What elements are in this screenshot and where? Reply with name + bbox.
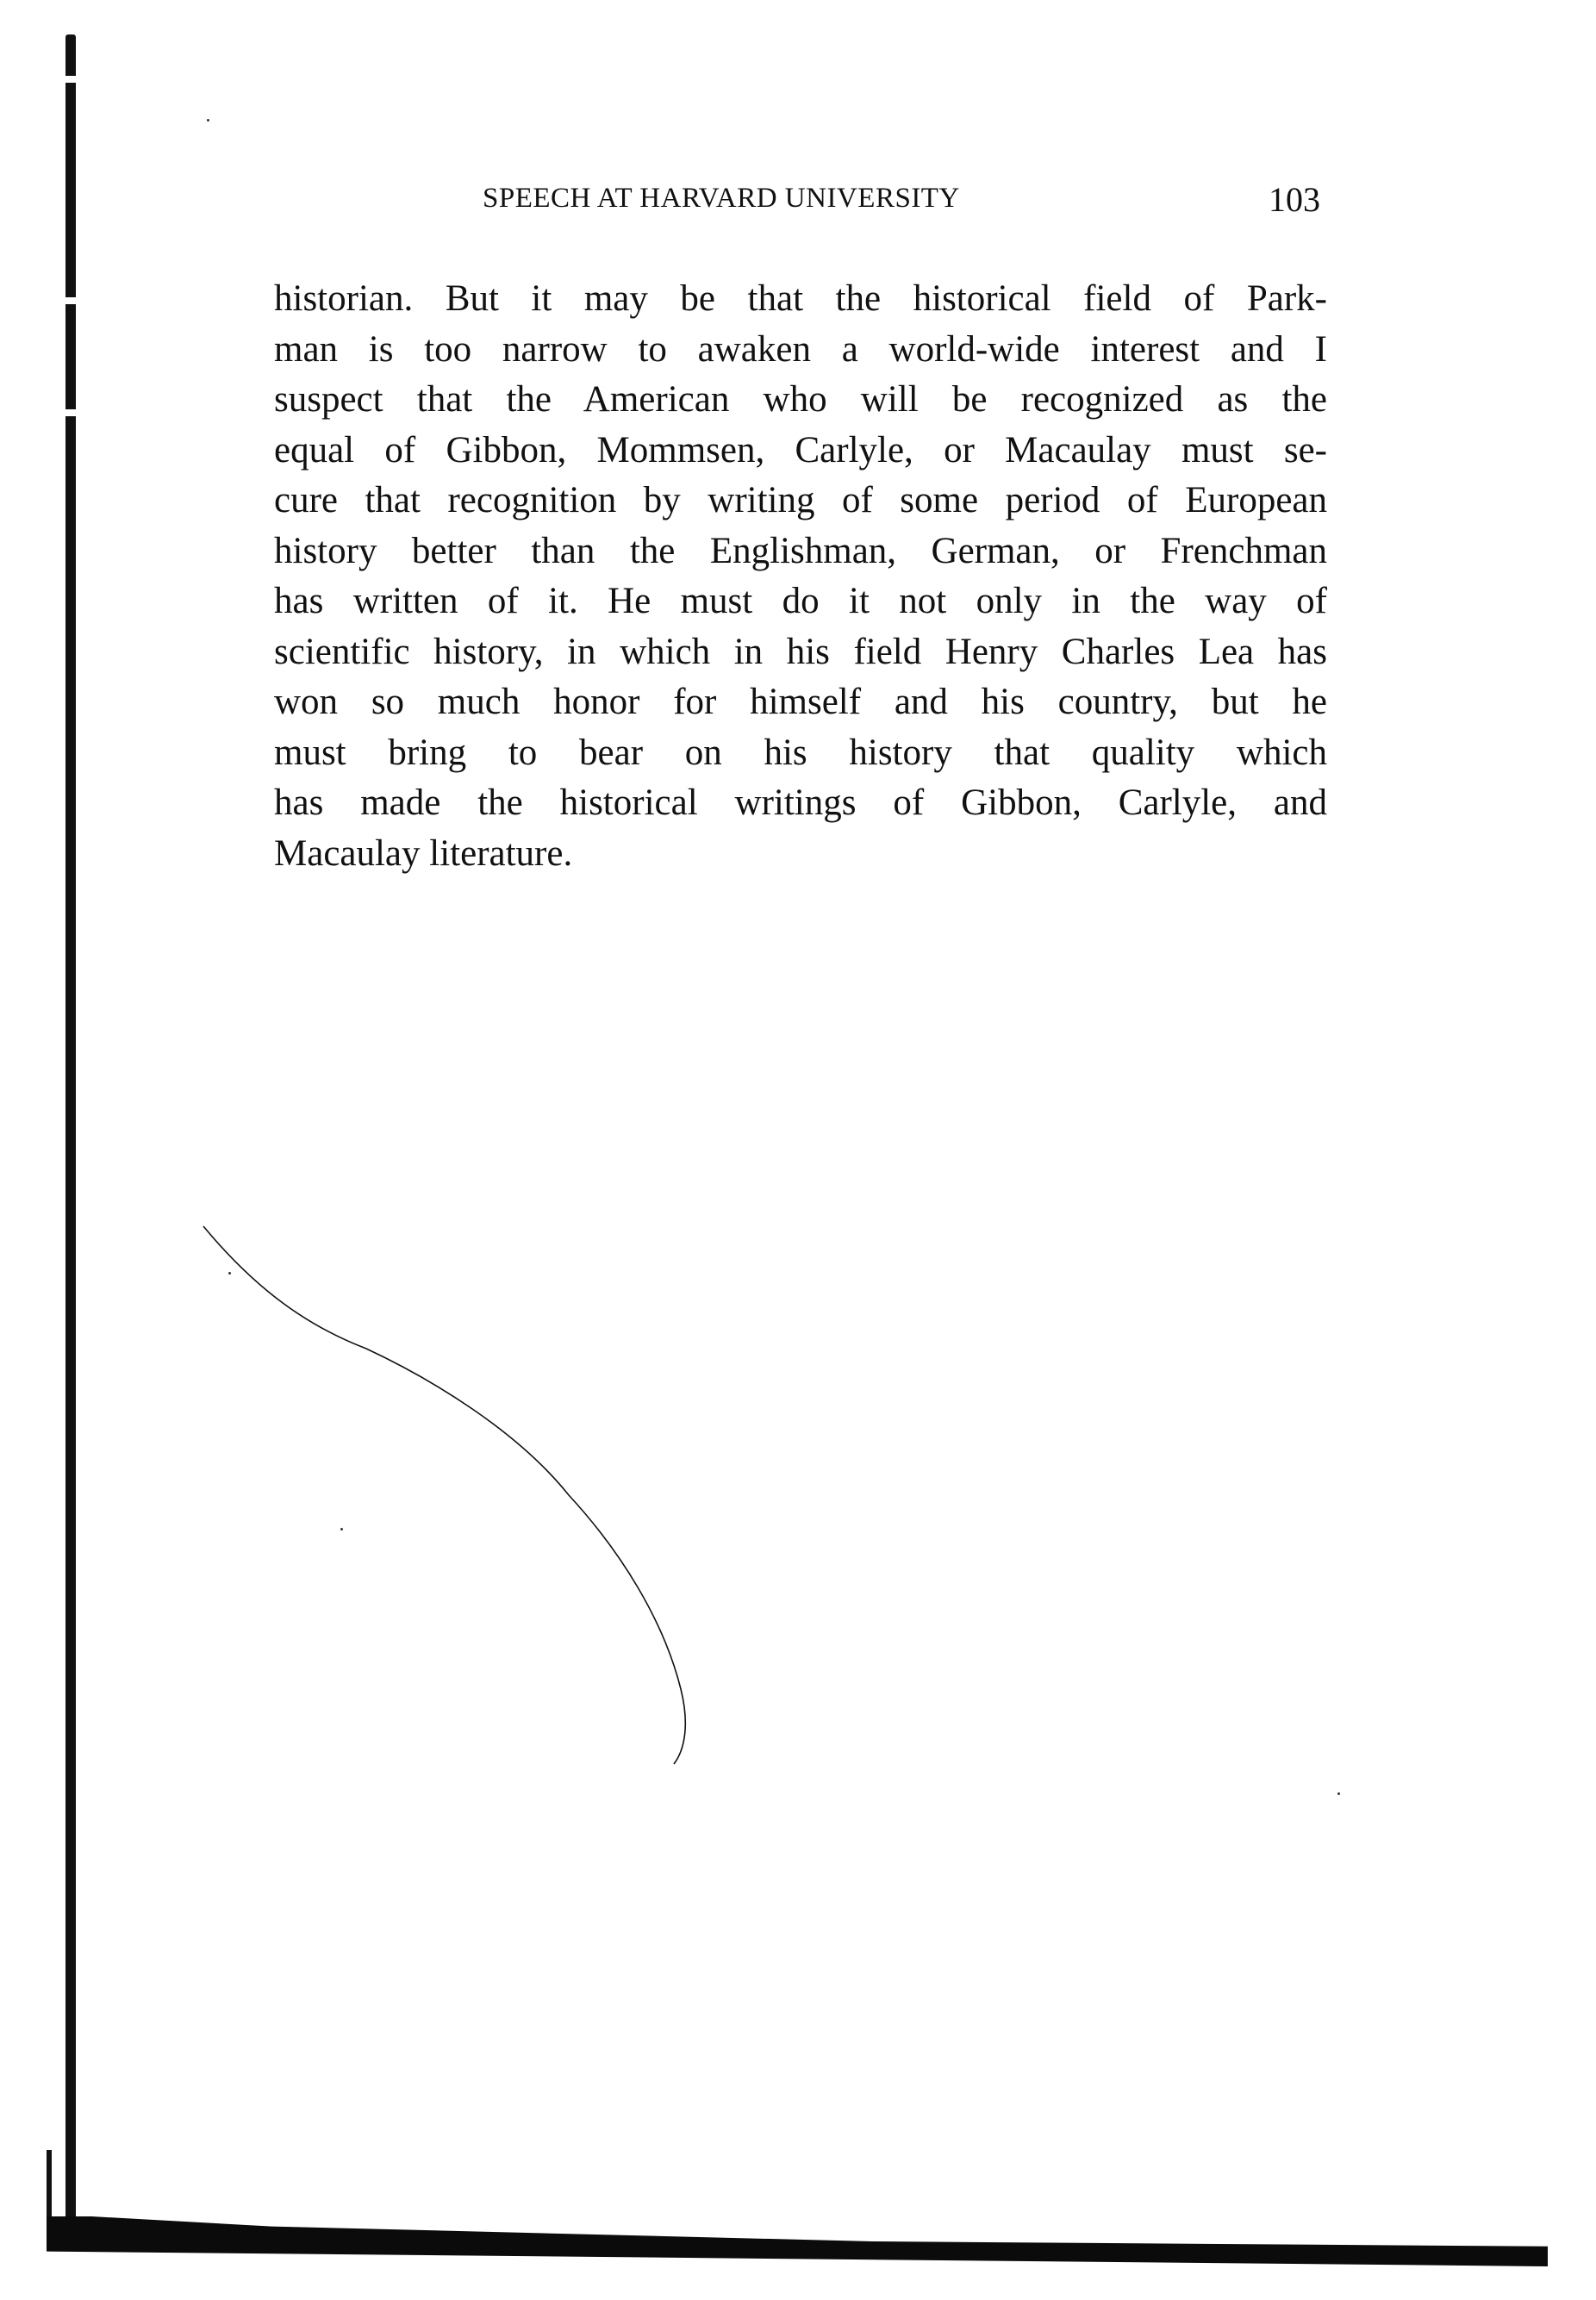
scan-speck xyxy=(340,1528,343,1530)
stray-curve-mark xyxy=(0,0,1596,2300)
scanned-page: SPEECH AT HARVARD UNIVERSITY 103 histori… xyxy=(0,0,1596,2300)
scan-speck xyxy=(1337,1792,1340,1795)
scan-speck xyxy=(228,1272,231,1275)
bottom-binding-corner xyxy=(47,2150,52,2228)
scan-speck xyxy=(207,119,209,122)
